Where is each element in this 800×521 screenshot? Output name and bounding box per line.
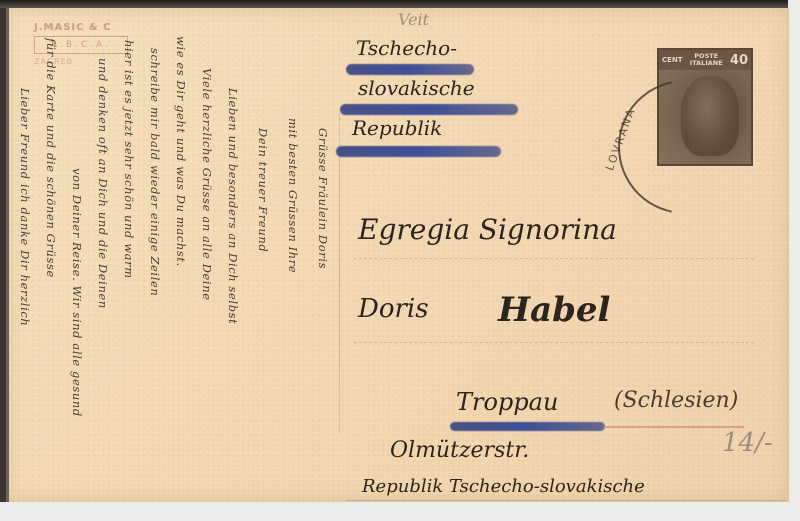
crossed-line-3: Republik xyxy=(352,116,442,140)
stamp-value: 40 xyxy=(730,53,748,68)
address-last-name: Habel xyxy=(498,290,610,330)
blue-strikethrough xyxy=(336,146,501,157)
scan-margin-right xyxy=(788,0,800,521)
message-line: Viele herzliche Grüsse an alle Deine xyxy=(200,68,214,301)
message-line: und denken oft an Dich und die Deinen xyxy=(96,58,110,309)
pencil-note: Veit xyxy=(398,10,429,29)
address-salutation: Egregia Signorina xyxy=(358,213,617,246)
message-line: Lieben und besonders an Dich selbst xyxy=(226,88,240,324)
blue-underline xyxy=(450,422,605,431)
card-divider xyxy=(339,113,340,433)
message-line: für die Karte und die schönen Grüsse xyxy=(44,38,58,278)
scan-margin-bottom xyxy=(0,502,800,521)
message-line: Dein treuer Freund xyxy=(256,128,270,252)
address-rule xyxy=(354,342,754,343)
message-line: schreibe mir bald wieder einige Zeilen xyxy=(148,48,162,296)
scan-edge-left xyxy=(6,8,9,502)
message-line: Lieber Freund ich danke Dir herzlich xyxy=(18,88,32,326)
message-line: mit besten Grüssen Ihre xyxy=(286,118,300,273)
address-rule xyxy=(354,258,754,259)
stamp-country: POSTE ITALIANE xyxy=(683,53,730,67)
message-line: von Deiner Reise. Wir sind alle gesund xyxy=(70,168,84,417)
stamp-left-value: CENT xyxy=(662,56,683,64)
address-region: (Schlesien) xyxy=(614,388,738,413)
address-city: Troppau xyxy=(456,388,558,416)
blue-strikethrough xyxy=(346,64,474,75)
message-line: hier ist es jetzt sehr schön und warm xyxy=(122,40,136,279)
address-country: Republik Tschecho-slovakische xyxy=(362,476,645,497)
address-first-name: Doris xyxy=(358,294,429,324)
address-rule xyxy=(346,500,786,501)
message-line: wie es Dir geht und was Du machst. xyxy=(174,36,188,267)
king-portrait-icon xyxy=(681,76,739,156)
postcard: J.MASIC & C A.B.C.A. ZAGREB Lieber Freun… xyxy=(6,8,789,502)
crossed-line-1: Tschecho- xyxy=(356,36,457,60)
message-area: Lieber Freund ich danke Dir herzlich für… xyxy=(16,28,346,498)
blue-strikethrough xyxy=(340,104,518,115)
address-street: Olmützerstr. xyxy=(390,438,529,463)
message-line: Grüsse Fräulein Doris xyxy=(316,128,330,269)
crossed-line-2: slovakische xyxy=(358,76,475,100)
pencil-mark: 14/- xyxy=(722,428,773,458)
scan-edge-top xyxy=(0,0,800,8)
